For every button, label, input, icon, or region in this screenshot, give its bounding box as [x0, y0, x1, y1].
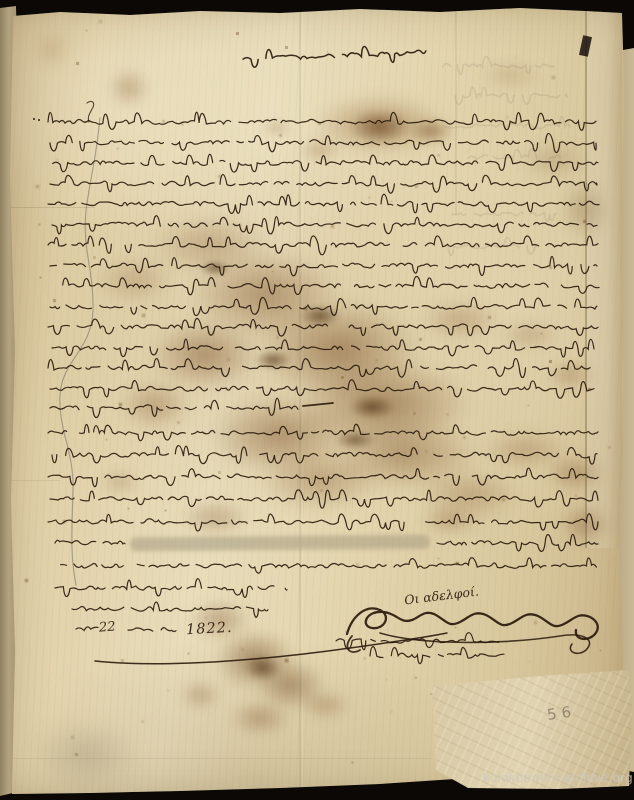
- underline-flourish: [95, 633, 447, 664]
- manuscript-photo: Οι αδελφοί. 22 1822. 56 kolokotronis-arc…: [0, 0, 634, 800]
- opening-dots: [33, 118, 35, 120]
- ghost-text-line: [444, 117, 570, 129]
- handwritten-line: [50, 175, 597, 194]
- handwritten-line: [48, 318, 598, 336]
- ghost-text-line: [452, 212, 556, 221]
- handwritten-line: [128, 628, 176, 632]
- handwritten-line: [72, 602, 268, 617]
- ghost-text-line: [455, 87, 567, 104]
- handwritten-line: [55, 579, 287, 598]
- handwritten-line: [52, 216, 597, 234]
- marginal-figure: [87, 101, 94, 122]
- handwritten-line: [76, 627, 98, 631]
- handwritten-line: [53, 154, 598, 172]
- heading-line: [243, 44, 426, 67]
- archive-watermark: kolokotronis-archive.org: [483, 770, 633, 785]
- signature-descender: [347, 636, 360, 652]
- handwritten-line: [50, 490, 598, 508]
- handwritten-line: [437, 534, 598, 551]
- opening-dots: [38, 119, 40, 121]
- ghost-text-line: [448, 238, 536, 256]
- handwritten-line: [52, 446, 597, 465]
- ghost-text-line: [443, 57, 554, 75]
- date-year: 1822.: [186, 620, 233, 638]
- handwritten-line: [50, 380, 594, 398]
- pencil-margin-arc: [60, 118, 100, 585]
- date-day: 22: [98, 619, 116, 635]
- handwritten-line: [50, 256, 597, 275]
- handwritten-line: [50, 398, 298, 417]
- handwritten-line: [370, 647, 504, 664]
- handwritten-line: [50, 297, 597, 315]
- ghost-text-line: [468, 149, 560, 160]
- handwritten-line: [52, 339, 601, 357]
- handwritten-line: [50, 134, 596, 153]
- handwritten-line: [63, 276, 599, 294]
- handwriting-ink-layer: [0, 0, 634, 800]
- handwritten-line: [48, 194, 599, 213]
- paragraph-end-dash: [303, 403, 333, 406]
- handwritten-line: [55, 540, 125, 544]
- handwritten-line: [48, 514, 598, 531]
- handwritten-line: [48, 112, 596, 130]
- handwritten-line: [48, 359, 599, 378]
- handwritten-line: [48, 468, 598, 487]
- handwritten-line: [61, 558, 605, 573]
- handwritten-line: [48, 424, 598, 441]
